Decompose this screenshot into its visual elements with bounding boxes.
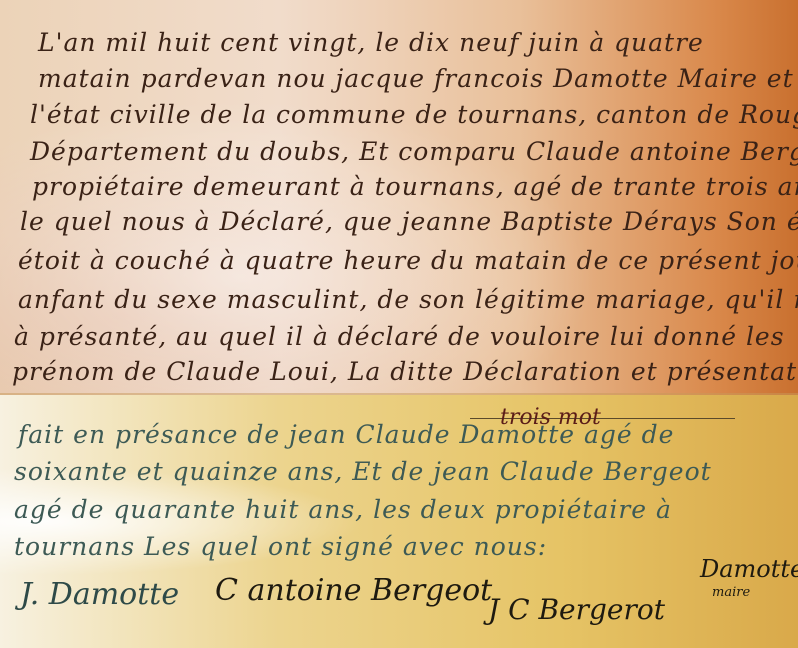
handwritten-line: l'état civille de la commune de tournans… (30, 100, 798, 129)
signature-damotte-witness: J. Damotte (20, 577, 179, 612)
record-top-section: L'an mil huit cent vingt, le dix neuf ju… (0, 0, 798, 395)
handwritten-line: agé de quarante huit ans, les deux propi… (14, 495, 672, 524)
document-page: L'an mil huit cent vingt, le dix neuf ju… (0, 0, 798, 648)
signature-jc-bergerot: J C Bergerot (488, 593, 665, 626)
handwritten-line: prénom de Claude Loui, La ditte Déclarat… (12, 357, 798, 386)
handwritten-line: anfant du sexe masculint, de son légitim… (18, 285, 798, 314)
signature-title-maire: maire (712, 585, 750, 600)
signature-claude-antoine-bergeot: C antoine Bergeot (215, 573, 492, 608)
handwritten-line: Département du doubs, Et comparu Claude … (30, 137, 798, 166)
signature-damotte-maire: Damotte (700, 555, 798, 583)
handwritten-line: soixante et quainze ans, Et de jean Clau… (14, 457, 712, 486)
handwritten-line: à présanté, au quel il à déclaré de voul… (14, 322, 785, 351)
handwritten-line: L'an mil huit cent vingt, le dix neuf ju… (38, 28, 704, 57)
handwritten-line: propiétaire demeurant à tournans, agé de… (32, 172, 798, 201)
margin-correction-note: trois mot (500, 405, 601, 430)
handwritten-line: tournans Les quel ont signé avec nous: (14, 532, 547, 561)
handwritten-line: matain pardevan nou jacque francois Damo… (38, 64, 798, 93)
handwritten-line: étoit à couché à quatre heure du matain … (18, 246, 798, 275)
handwritten-line: le quel nous à Déclaré, que jeanne Bapti… (20, 207, 798, 236)
record-bottom-section: fait en présance de jean Claude Damotte … (0, 395, 798, 648)
